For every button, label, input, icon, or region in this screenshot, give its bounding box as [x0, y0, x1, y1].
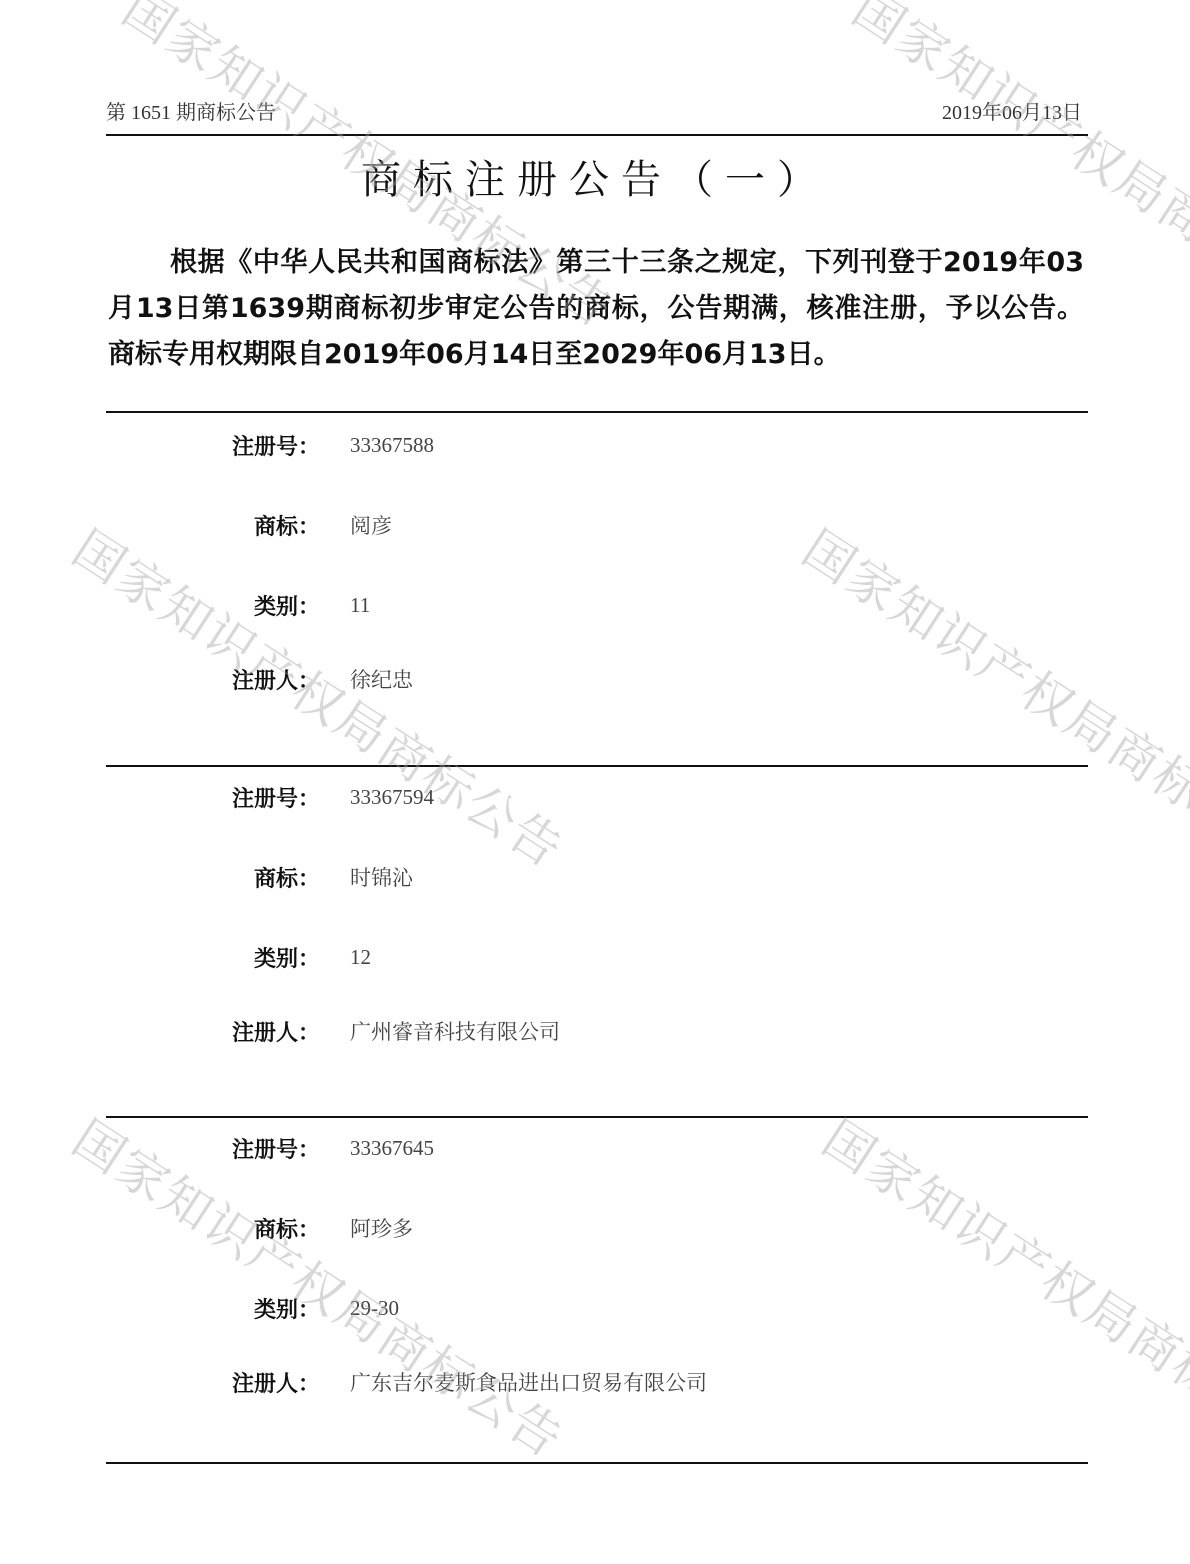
- entry-divider: [106, 765, 1088, 767]
- mark-value: 时锦沁: [350, 862, 413, 892]
- reg-no-label: 注册号：: [200, 430, 320, 461]
- registrant-value: 广州睿音科技有限公司: [350, 1016, 560, 1046]
- page-title: 商标注册公告（一）: [0, 148, 1190, 205]
- class-label: 类别：: [200, 942, 320, 973]
- watermark-text: 国家知识产权局商标公告: [61, 510, 580, 882]
- issue-number: 第 1651 期商标公告: [106, 96, 276, 125]
- mark-value: 阿珍多: [350, 1213, 413, 1243]
- reg-no-label: 注册号：: [200, 782, 320, 813]
- registrant-label: 注册人：: [200, 664, 320, 695]
- class-label: 类别：: [200, 1293, 320, 1324]
- watermark-text: 国家知识产权局商标公告: [811, 1100, 1190, 1472]
- watermark-text: 国家知识产权局商标公告: [61, 1100, 580, 1472]
- footer-divider: [106, 1462, 1088, 1464]
- reg-no-value: 33367594: [350, 785, 434, 810]
- header-divider: [106, 134, 1088, 136]
- class-value: 12: [350, 945, 371, 970]
- class-label: 类别：: [200, 590, 320, 621]
- mark-label: 商标：: [200, 862, 320, 893]
- section-divider: [106, 411, 1088, 413]
- intro-paragraph: 根据《中华人民共和国商标法》第三十三条之规定，下列刊登于2019年03月13日第…: [108, 240, 1084, 378]
- publication-date: 2019年06月13日: [942, 96, 1082, 125]
- reg-no-value: 33367645: [350, 1136, 434, 1161]
- watermark-layer: 国家知识产权局商标公告 国家知识产权局商标公告 国家知识产权局商标公告 国家知识…: [0, 0, 1190, 1564]
- reg-no-value: 33367588: [350, 433, 434, 458]
- mark-label: 商标：: [200, 510, 320, 541]
- class-value: 11: [350, 593, 370, 618]
- registrant-value: 广东吉尔麦斯食品进出口贸易有限公司: [350, 1367, 707, 1397]
- mark-label: 商标：: [200, 1213, 320, 1244]
- class-value: 29-30: [350, 1296, 399, 1321]
- watermark-text: 国家知识产权局商标公告: [791, 510, 1190, 882]
- registrant-label: 注册人：: [200, 1367, 320, 1398]
- entry-divider: [106, 1116, 1088, 1118]
- registrant-label: 注册人：: [200, 1016, 320, 1047]
- registrant-value: 徐纪忠: [350, 664, 413, 694]
- reg-no-label: 注册号：: [200, 1133, 320, 1164]
- mark-value: 阅彦: [350, 510, 392, 540]
